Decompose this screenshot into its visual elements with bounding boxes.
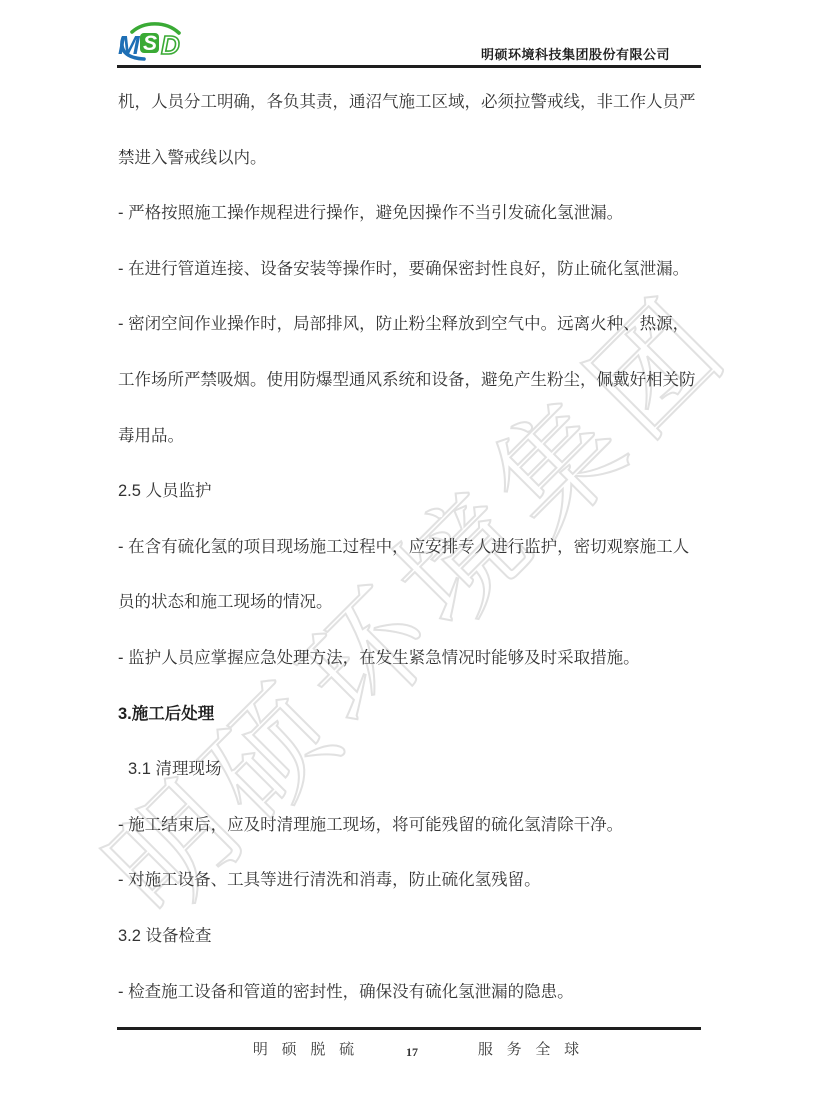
bullet-item: - 对施工设备、工具等进行清洗和消毒，防止硫化氢残留。 (118, 853, 700, 909)
logo-letter-d: D (161, 30, 180, 60)
footer-slogan-left: 明 硕 脱 硫 (228, 1038, 384, 1059)
subsection-heading: 3.1 清理现场 (118, 742, 700, 798)
bullet-item: - 在进行管道连接、设备安装等操作时，要确保密封性良好，防止硫化氢泄漏。 (118, 242, 700, 298)
section-heading: 3.施工后处理 (118, 687, 700, 743)
header-divider (117, 65, 701, 68)
footer-slogan-right: 服 务 全 球 (453, 1038, 609, 1059)
logo-letter-s: S (143, 32, 157, 55)
bullet-item: - 密闭空间作业操作时，局部排风，防止粉尘释放到空气中。远离火种、热源，工作场所… (118, 297, 700, 464)
logo-letter-m: M (118, 30, 141, 60)
subsection-heading: 3.2 设备检查 (118, 909, 700, 965)
section-heading: 2.5 人员监护 (118, 464, 700, 520)
bullet-item: - 施工结束后，应及时清理施工现场，将可能残留的硫化氢清除干净。 (118, 798, 700, 854)
page-number: 17 (390, 1045, 434, 1060)
document-page: M S D 明硕环境科技集团股份有限公司 明硕环境集团 机，人员分工明确，各负其… (0, 0, 822, 1096)
msd-logo-graphic: M S D (117, 20, 187, 62)
msd-logo: M S D (117, 20, 187, 62)
bullet-item: - 在含有硫化氢的项目现场施工过程中，应安排专人进行监护，密切观察施工人员的状态… (118, 520, 700, 631)
bullet-item: - 严格按照施工操作规程进行操作，避免因操作不当引发硫化氢泄漏。 (118, 186, 700, 242)
bullet-item: - 检查施工设备和管道的密封性，确保没有硫化氢泄漏的隐患。 (118, 965, 700, 1021)
footer-divider (117, 1027, 701, 1030)
company-name: 明硕环境科技集团股份有限公司 (360, 44, 670, 63)
document-body: 机，人员分工明确，各负其责，通沼气施工区域，必须拉警戒线，非工作人员严禁进入警戒… (118, 75, 700, 1020)
bullet-item: - 监护人员应掌握应急处理方法，在发生紧急情况时能够及时采取措施。 (118, 631, 700, 687)
body-paragraph: 机，人员分工明确，各负其责，通沼气施工区域，必须拉警戒线，非工作人员严禁进入警戒… (118, 75, 700, 186)
